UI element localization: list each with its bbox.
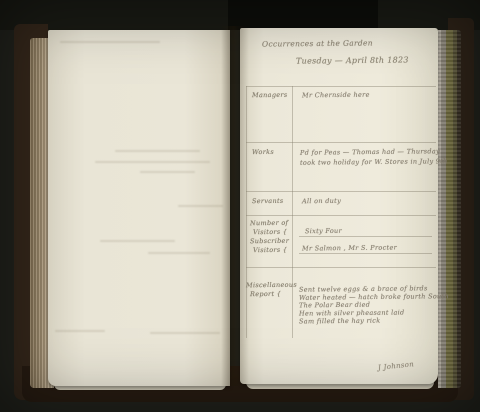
bleed-through-mark [55,330,105,332]
entry-underline [299,236,432,237]
bleed-through-mark [178,205,223,207]
right-page-block-fore-edge [438,30,461,388]
row-entry-managers: Mr Chernside here [302,91,370,100]
book-gutter-shadow [221,26,249,386]
row-label-managers: Managers [252,91,288,99]
row-label-servants: Servants [252,197,284,205]
table-rule-horizontal [246,191,436,192]
row-entry-works-line2: took two holiday for W. Stores in July 9… [300,157,448,167]
row-label-visitors-1: Visitors { [253,228,287,236]
row-entry-visitor-count: Sixty Four [305,227,342,235]
misc-report-line: Sam filled the hay rick [299,317,381,326]
row-entry-servants: All on duty [302,197,341,205]
row-entry-works-line1: Pd for Peas — Thomas had — Thursday [300,147,440,156]
bleed-through-mark [100,240,175,242]
row-label-report: Report { [250,290,281,298]
handwritten-recto-page [240,28,438,384]
page-heading: Occurrences at the Garden [262,38,373,48]
table-rule-vertical-left [246,86,247,338]
row-entry-subscriber-visitors: Mr Salmon , Mr S. Procter [302,244,397,253]
bleed-through-mark [150,332,220,334]
row-label-visitors-2: Visitors { [253,246,287,254]
bleed-through-mark [95,161,210,163]
background-top-dark-block [228,0,378,30]
table-rule-horizontal [246,215,436,216]
page-date-line: Tuesday — April 8th 1823 [296,55,409,65]
bleed-through-mark [60,41,160,43]
bleed-through-mark [115,150,200,152]
row-label-miscellaneous: Miscellaneous [246,281,297,290]
entry-underline [299,253,432,254]
row-label-works: Works [252,148,274,156]
open-manuscript-photograph: Occurrences at the Garden Tuesday — Apri… [0,0,480,412]
table-rule-horizontal [246,267,436,268]
table-rule-horizontal [246,86,436,87]
bleed-through-mark [148,252,210,254]
row-label-subscriber: Subscriber [250,237,289,245]
table-rule-horizontal [246,142,436,143]
row-label-number-of: Number of [250,219,288,227]
bleed-through-mark [140,171,195,173]
table-rule-vertical-divider [292,86,293,338]
